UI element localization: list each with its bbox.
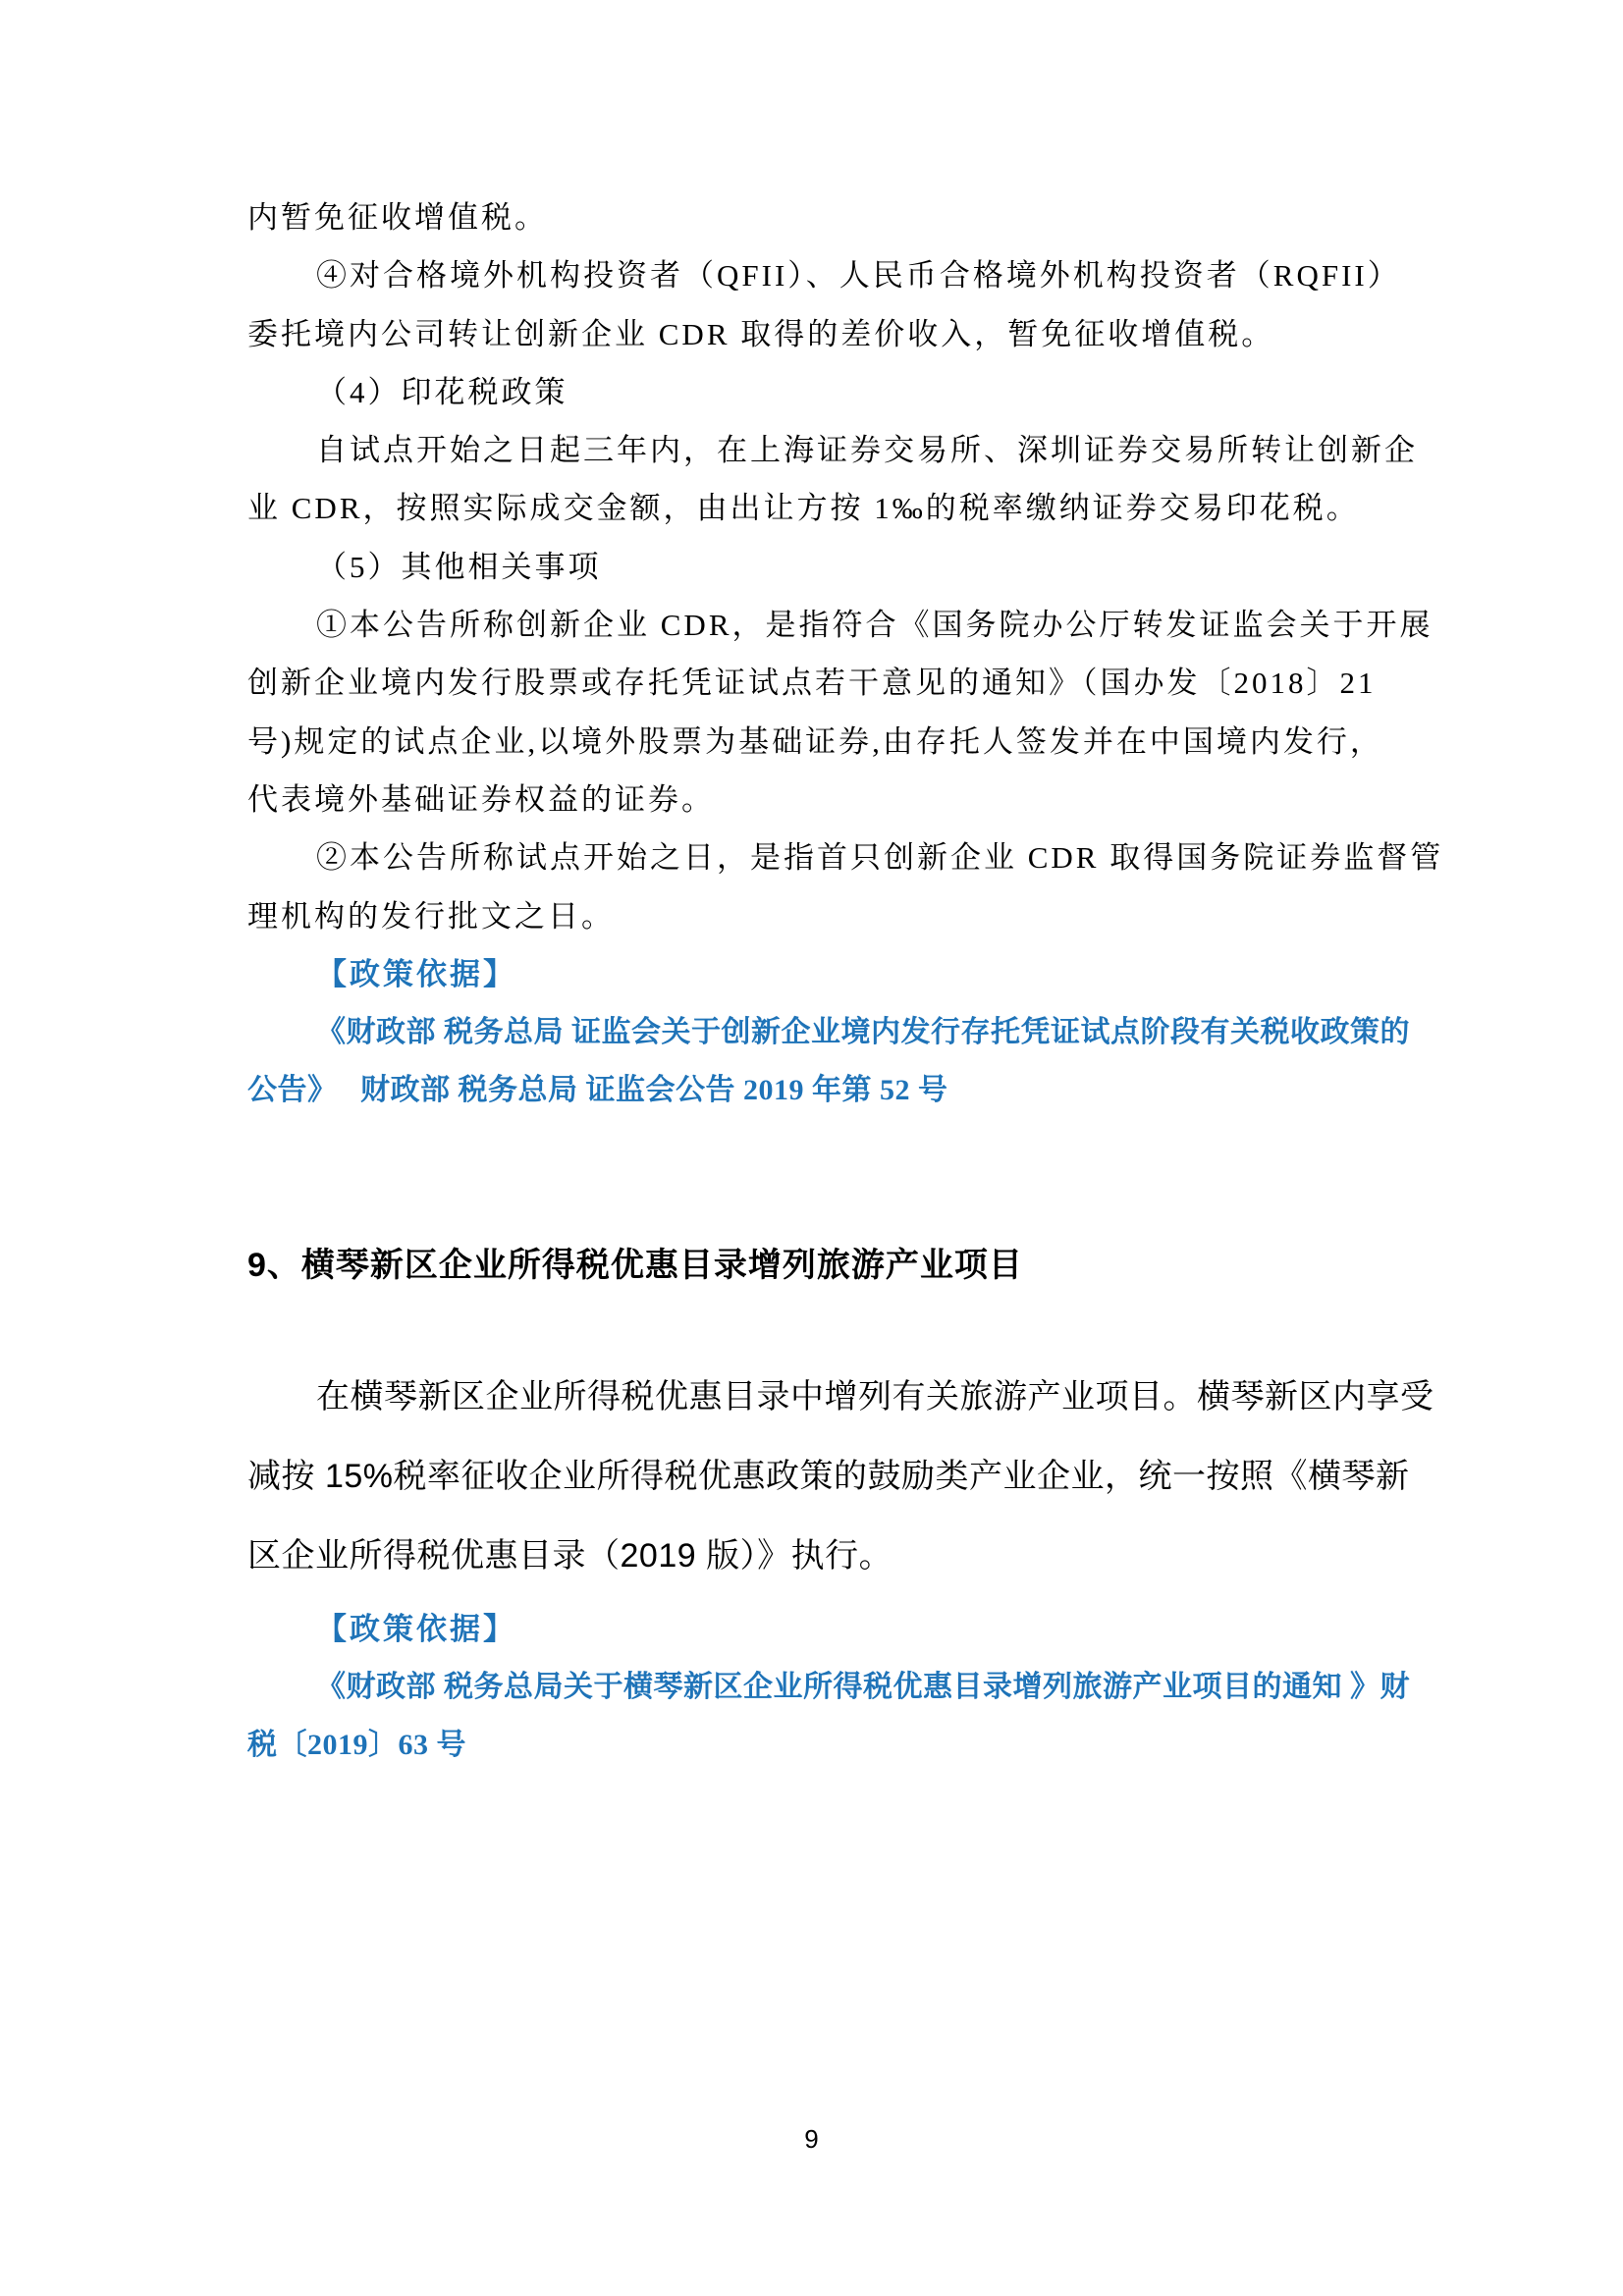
text-line: 号)规定的试点企业,以境外股票为基础证券,由存托人签发并在中国境内发行， [247, 713, 1396, 771]
text-line: 减按 15%税率征收企业所得税优惠政策的鼓励类产业企业，统一按照《横琴新 [247, 1437, 1396, 1517]
text-line: ②本公告所称试点开始之日，是指首只创新企业 CDR 取得国务院证券监督管 [247, 828, 1396, 886]
text-line: 自试点开始之日起三年内，在上海证券交易所、深圳证券交易所转让创新企 [247, 421, 1396, 479]
text-line: 业 CDR，按照实际成交金额，由出让方按 1‰的税率缴纳证券交易印花税。 [247, 479, 1396, 537]
text-line: ①本公告所称创新企业 CDR，是指符合《国务院办公厅转发证监会关于开展 [247, 596, 1396, 654]
text-line: 委托境内公司转让创新企业 CDR 取得的差价收入，暂免征收增值税。 [247, 305, 1396, 363]
text-line: （5）其他相关事项 [247, 538, 1396, 596]
section-9-heading: 9、横琴新区企业所得税优惠目录增列旅游产业项目 [247, 1236, 1396, 1295]
text-line: ④对合格境外机构投资者（QFII）、人民币合格境外机构投资者（RQFII） [247, 246, 1396, 304]
policy-citation-line: 公告》 财政部 税务总局 证监会公告 2019 年第 52 号 [247, 1061, 1396, 1119]
text-line: （4）印花税政策 [247, 363, 1396, 421]
text-line: 理机构的发行批文之日。 [247, 887, 1396, 945]
policy-citation-line: 《财政部 税务总局 证监会关于创新企业境内发行存托凭证试点阶段有关税收政策的 [247, 1003, 1396, 1061]
section-9-paragraph: 在横琴新区企业所得税优惠目录中增列有关旅游产业项目。横琴新区内享受 减按 15%… [247, 1358, 1396, 1596]
text-line: 在横琴新区企业所得税优惠目录中增列有关旅游产业项目。横琴新区内享受 [247, 1358, 1396, 1437]
page-content: 内暂免征收增值税。 ④对合格境外机构投资者（QFII）、人民币合格境外机构投资者… [247, 188, 1396, 1775]
policy-basis-label: 【政策依据】 [247, 945, 1396, 1003]
cdr-section: 内暂免征收增值税。 ④对合格境外机构投资者（QFII）、人民币合格境外机构投资者… [247, 188, 1396, 1120]
text-line: 区企业所得税优惠目录（2019 版）》执行。 [247, 1517, 1396, 1596]
page-number: 9 [0, 2124, 1623, 2155]
text-line: 内暂免征收增值税。 [247, 188, 1396, 246]
policy-citation-line: 税〔2019〕63 号 [247, 1716, 1396, 1774]
section-9-policy-basis: 【政策依据】 《财政部 税务总局关于横琴新区企业所得税优惠目录增列旅游产业项目的… [247, 1600, 1396, 1775]
policy-basis-label: 【政策依据】 [247, 1600, 1396, 1658]
policy-citation-line: 《财政部 税务总局关于横琴新区企业所得税优惠目录增列旅游产业项目的通知 》财 [247, 1658, 1396, 1716]
document-page: 内暂免征收增值税。 ④对合格境外机构投资者（QFII）、人民币合格境外机构投资者… [0, 0, 1623, 2296]
tourism-section: 9、横琴新区企业所得税优惠目录增列旅游产业项目 在横琴新区企业所得税优惠目录中增… [247, 1236, 1396, 1775]
text-line: 代表境外基础证券权益的证券。 [247, 771, 1396, 828]
text-line: 创新企业境内发行股票或存托凭证试点若干意见的通知》（国办发〔2018〕21 [247, 654, 1396, 712]
